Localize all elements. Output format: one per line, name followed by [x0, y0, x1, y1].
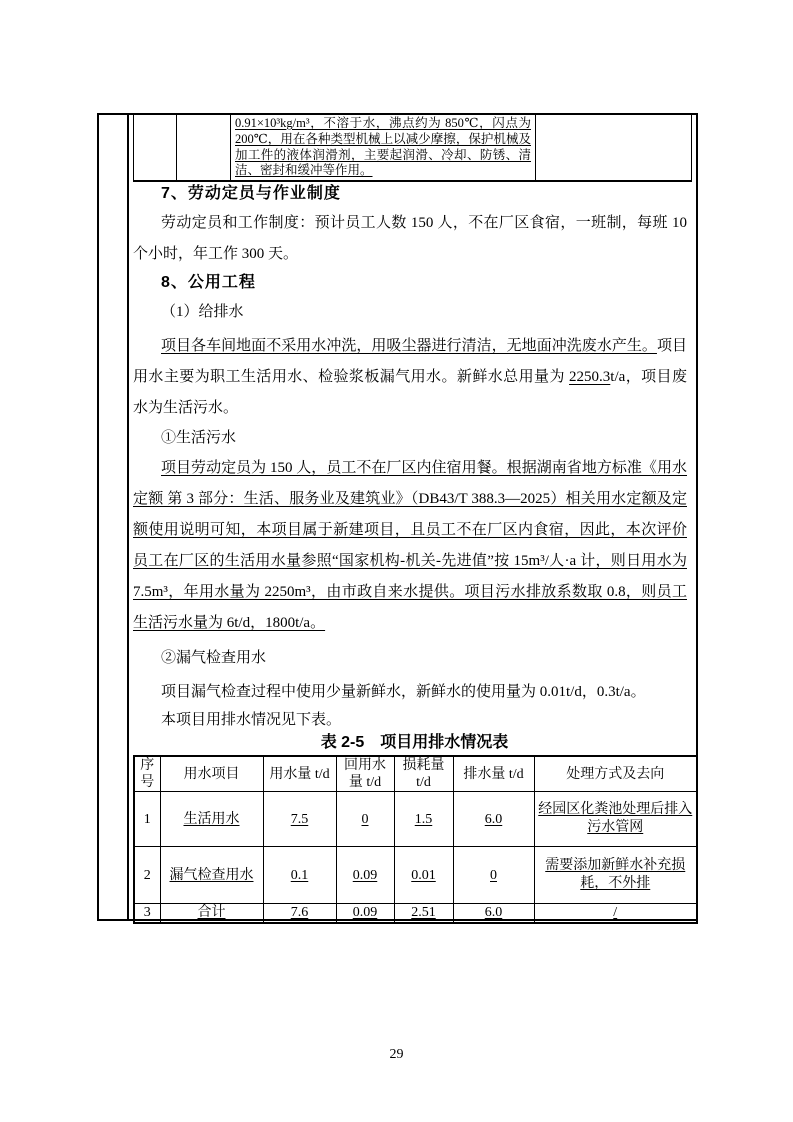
- section-heading-8: 8、公用工程: [133, 270, 687, 296]
- header-treatment: 处理方式及去向: [534, 756, 697, 792]
- table-row: 1 生活用水 7.5 0 1.5 6.0 经园区化粪池处理后排入污水管网: [134, 792, 697, 847]
- cell-reuse-text: 0: [362, 812, 369, 827]
- cell-reuse-text: 0.09: [353, 868, 378, 883]
- sub-heading-leak-check: ②漏气检查用水: [133, 643, 687, 674]
- header-discharge: 排水量 t/d: [453, 756, 534, 792]
- cell-loss: 2.51: [394, 904, 453, 923]
- cell-no: 1: [134, 792, 160, 847]
- sub-heading-water-supply: （1）给排水: [133, 297, 687, 328]
- cell-discharge: 6.0: [453, 792, 534, 847]
- para-water-seg1: 项目各车间地面不采用水冲洗，用吸尘器进行清洁，无地面冲洗废水产生。: [161, 338, 657, 354]
- property-text-cell: 0.91×10³kg/m³，不溶于水，沸点约为 850℃，闪点为 200℃，用在…: [231, 115, 536, 181]
- cell-item: 漏气检查用水: [160, 847, 263, 904]
- cell-use: 7.5: [263, 792, 336, 847]
- cell-discharge-text: 0: [490, 868, 497, 883]
- header-loss: 损耗量 t/d: [394, 756, 453, 792]
- table-row: 0.91×10³kg/m³，不溶于水，沸点约为 850℃，闪点为 200℃，用在…: [134, 115, 692, 181]
- table-row: 3 合计 7.6 0.09 2.51 6.0 /: [134, 904, 697, 923]
- table-header-row: 序号 用水项目 用水量 t/d 回用水量 t/d 损耗量 t/d 排水量 t/d…: [134, 756, 697, 792]
- sub-heading-domestic-sewage: ①生活污水: [133, 423, 687, 454]
- empty-cell: [134, 115, 177, 181]
- section-heading-7: 7、劳动定员与作业制度: [133, 181, 687, 207]
- frame-inner-divider: [127, 115, 129, 919]
- page-number: 29: [0, 1047, 793, 1063]
- cell-item-text: 漏气检查用水: [170, 868, 254, 883]
- cell-loss: 0.01: [394, 847, 453, 904]
- cell-discharge: 6.0: [453, 904, 534, 923]
- cell-loss: 1.5: [394, 792, 453, 847]
- cell-loss-text: 2.51: [411, 905, 436, 920]
- cell-use-text: 7.6: [291, 905, 309, 920]
- cell-discharge: 0: [453, 847, 534, 904]
- header-reuse: 回用水量 t/d: [336, 756, 394, 792]
- header-no: 序号: [134, 756, 160, 792]
- cell-item-text: 合计: [198, 905, 226, 920]
- empty-cell: [177, 115, 231, 181]
- para-domestic-sewage-text: 项目劳动定员为 150 人，员工不在厂区内住宿用餐。根据湖南省地方标准《用水定额…: [133, 460, 687, 631]
- water-usage-table: 序号 用水项目 用水量 t/d 回用水量 t/d 损耗量 t/d 排水量 t/d…: [133, 755, 698, 924]
- cell-treatment-text: 需要添加新鲜水补充损耗，不外排: [545, 858, 685, 891]
- cell-use: 7.6: [263, 904, 336, 923]
- property-text: 0.91×10³kg/m³，不溶于水，沸点约为 850℃，闪点为 200℃，用在…: [235, 116, 531, 177]
- para-leak-check: 项目漏气检查过程中使用少量新鲜水，新鲜水的使用量为 0.01t/d，0.3t/a…: [133, 677, 687, 708]
- cell-item: 生活用水: [160, 792, 263, 847]
- cell-treatment: 需要添加新鲜水补充损耗，不外排: [534, 847, 697, 904]
- header-use: 用水量 t/d: [263, 756, 336, 792]
- cell-item-text: 生活用水: [184, 812, 240, 827]
- empty-cell: [536, 115, 692, 181]
- para-water-usage: 项目各车间地面不采用水冲洗，用吸尘器进行清洁，无地面冲洗废水产生。项目用水主要为…: [133, 331, 687, 424]
- para-domestic-sewage: 项目劳动定员为 150 人，员工不在厂区内住宿用餐。根据湖南省地方标准《用水定额…: [133, 453, 687, 639]
- cell-use: 0.1: [263, 847, 336, 904]
- cell-use-text: 0.1: [291, 868, 309, 883]
- cell-loss-text: 0.01: [411, 868, 436, 883]
- para-labor-system: 劳动定员和工作制度：预计员工人数 150 人，不在厂区食宿，一班制，每班 10 …: [133, 208, 687, 270]
- header-item: 用水项目: [160, 756, 263, 792]
- cell-reuse: 0.09: [336, 904, 394, 923]
- cell-reuse: 0.09: [336, 847, 394, 904]
- para-water-seg3: 2250.3: [569, 369, 610, 385]
- cell-loss-text: 1.5: [415, 812, 433, 827]
- cell-reuse-text: 0.09: [353, 905, 378, 920]
- cell-reuse: 0: [336, 792, 394, 847]
- table-row: 2 漏气检查用水 0.1 0.09 0.01 0 需要添加新鲜水补充损耗，不外排: [134, 847, 697, 904]
- cell-treatment-text: 经园区化粪池处理后排入污水管网: [538, 802, 692, 835]
- document-page: 0.91×10³kg/m³，不溶于水，沸点约为 850℃，闪点为 200℃，用在…: [0, 0, 793, 1122]
- cell-treatment: 经园区化粪池处理后排入污水管网: [534, 792, 697, 847]
- cell-treatment-text: /: [613, 905, 617, 920]
- water-table-title: 表 2-5 项目用排水情况表: [133, 732, 696, 754]
- cell-treatment: /: [534, 904, 697, 923]
- cell-discharge-text: 6.0: [485, 905, 503, 920]
- chemical-properties-table: 0.91×10³kg/m³，不溶于水，沸点约为 850℃，闪点为 200℃，用在…: [133, 115, 692, 182]
- cell-no: 3: [134, 904, 160, 923]
- cell-item: 合计: [160, 904, 263, 923]
- cell-discharge-text: 6.0: [485, 812, 503, 827]
- cell-use-text: 7.5: [291, 812, 309, 827]
- cell-no: 2: [134, 847, 160, 904]
